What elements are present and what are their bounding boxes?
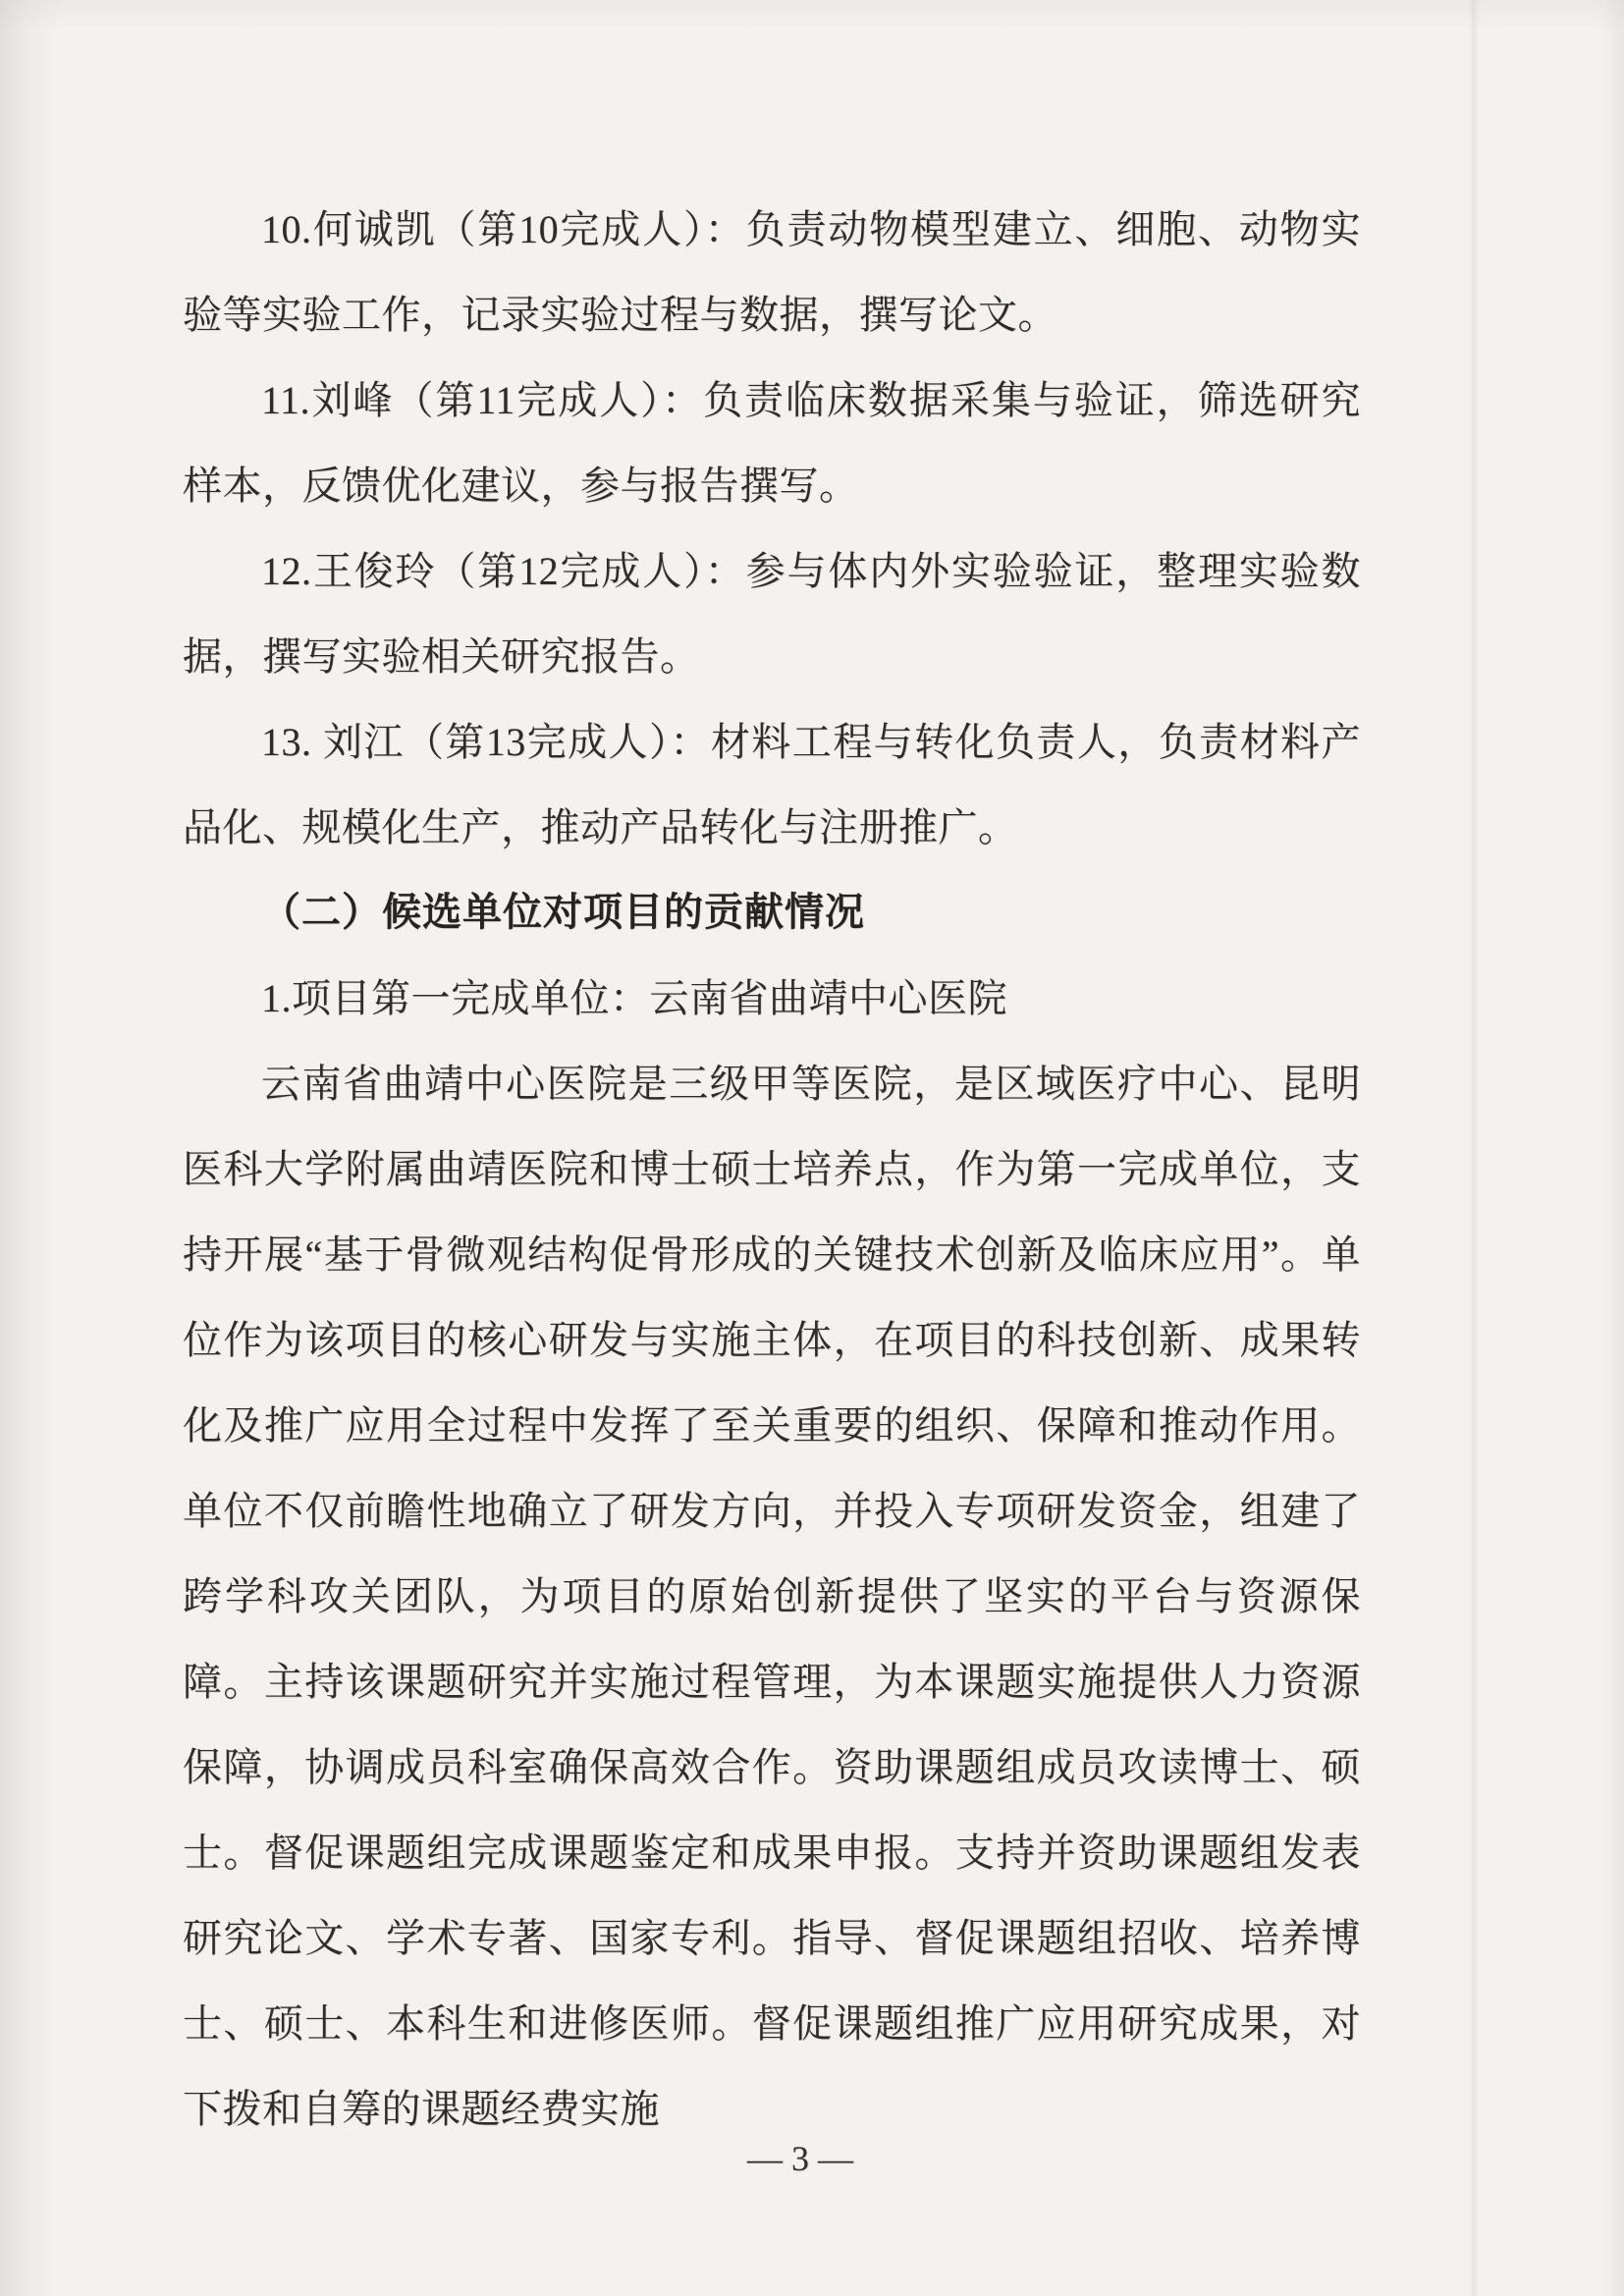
page-number: — 3 — <box>0 2129 1600 2188</box>
paragraph-contributor-13: 13. 刘江（第13完成人）：材料工程与转化负责人，负责材料产品化、规模化生产，… <box>183 699 1361 870</box>
paragraph-contributor-12: 12.王俊玲（第12完成人）：参与体内外实验验证，整理实验数据，撰写实验相关研究… <box>183 528 1361 699</box>
section-heading: （二）候选单位对项目的贡献情况 <box>183 870 1361 956</box>
paragraph-unit-1-contribution: 云南省曲靖中心医院是三级甲等医院，是区域医疗中心、昆明医科大学附属曲靖医院和博士… <box>183 1041 1361 2152</box>
paragraph-contributor-10: 10.何诚凯（第10完成人）：负责动物模型建立、细胞、动物实验等实验工作，记录实… <box>183 187 1361 357</box>
paragraph-unit-1-title: 1.项目第一完成单位：云南省曲靖中心医院 <box>183 956 1361 1041</box>
paragraph-contributor-11: 11.刘峰（第11完成人）：负责临床数据采集与验证，筛选研究样本，反馈优化建议，… <box>183 357 1361 528</box>
document-body: 10.何诚凯（第10完成人）：负责动物模型建立、细胞、动物实验等实验工作，记录实… <box>183 187 1361 2152</box>
document-page: 10.何诚凯（第10完成人）：负责动物模型建立、细胞、动物实验等实验工作，记录实… <box>0 0 1624 2296</box>
